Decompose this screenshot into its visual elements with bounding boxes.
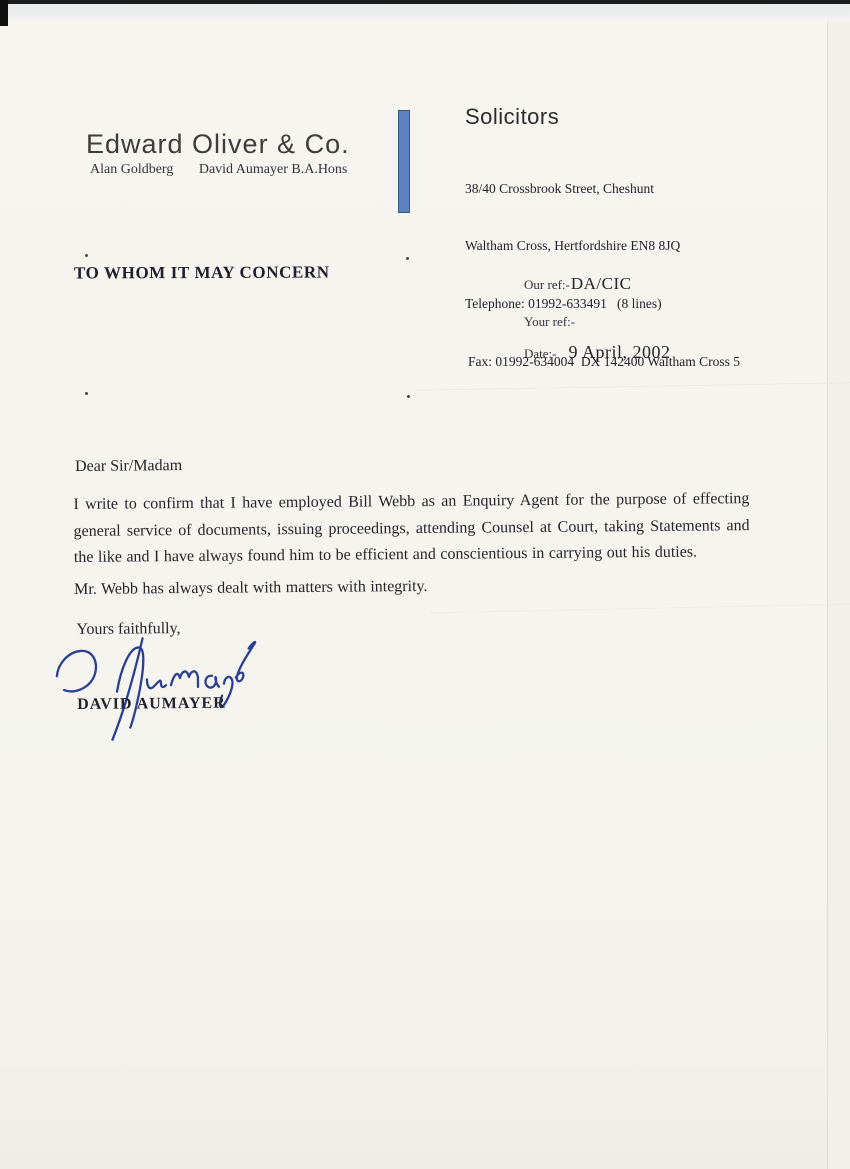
partner-name: David Aumayer B.A.Hons <box>199 162 348 177</box>
scan-edge-top <box>0 0 850 4</box>
salutation: Dear Sir/Madam <box>75 457 182 476</box>
our-ref-label: Our ref:- <box>524 277 570 292</box>
partner-names: Alan Goldberg David Aumayer B.A.Hons <box>90 162 347 178</box>
letter-heading: TO WHOM IT MAY CONCERN <box>74 263 330 284</box>
closing-line: Yours faithfully, <box>76 620 180 639</box>
body-paragraph: Mr. Webb has always dealt with matters w… <box>74 571 750 603</box>
date-row: Date:-9 April, 2002 <box>524 342 671 363</box>
punch-dot <box>85 254 88 257</box>
punch-dot <box>407 395 410 398</box>
address-line: 38/40 Crossbrook Street, Cheshunt <box>465 179 740 198</box>
punch-dot <box>406 257 409 260</box>
your-ref-row: Your ref:- <box>524 311 575 331</box>
date-value: 9 April, 2002 <box>568 342 670 362</box>
firm-name: Edward Oliver & Co. <box>86 129 350 160</box>
partner-name: Alan Goldberg <box>90 162 173 177</box>
your-ref-label: Your ref:- <box>524 314 575 329</box>
scanned-letter-page: Edward Oliver & Co. Alan Goldberg David … <box>0 0 850 1169</box>
signature-ink <box>49 632 262 744</box>
scan-edge-corner <box>0 0 8 26</box>
body-paragraph: I write to confirm that I have employed … <box>73 486 750 571</box>
address-line: Telephone: 01992-633491 (8 lines) <box>465 294 740 313</box>
our-ref-value: DA/CIC <box>571 274 632 293</box>
profession-title: Solicitors <box>465 104 559 130</box>
signatory-name: DAVID AUMAYER <box>77 695 226 714</box>
punch-dot <box>85 392 88 395</box>
date-label: Date:- <box>524 346 556 361</box>
accent-bar <box>398 110 410 213</box>
paper-right-edge <box>827 0 850 1169</box>
address-line: Waltham Cross, Hertfordshire EN8 8JQ <box>465 236 740 255</box>
scan-top-band <box>0 4 850 22</box>
letter-body: Dear Sir/Madam I write to confirm that I… <box>73 452 758 788</box>
our-ref-row: Our ref:-DA/CIC <box>524 274 631 294</box>
